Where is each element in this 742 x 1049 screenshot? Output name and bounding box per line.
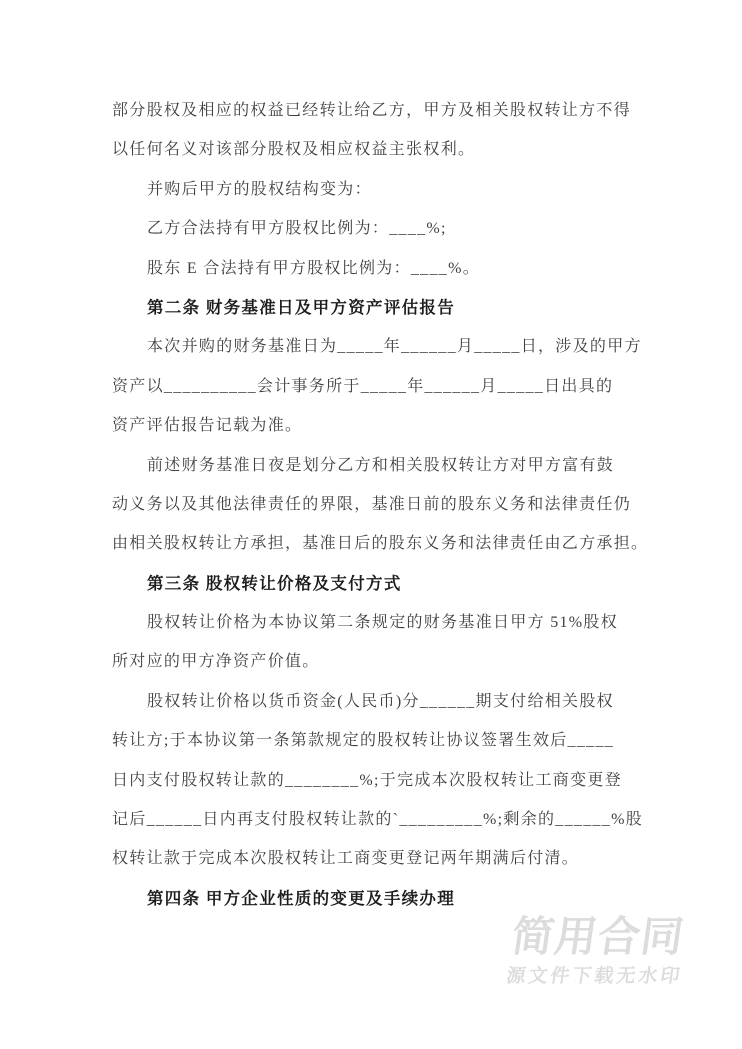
doc-line-blank-field: 日内支付股权转让款的________%;于完成本次股权转让工商变更登 <box>112 761 672 800</box>
doc-line-blank-field: 股权转让价格以货币资金(人民币)分______期支付给相关股权 <box>112 682 672 721</box>
doc-line: 动义务以及其他法律责任的界限，基准日前的股东义务和法律责任仍 <box>112 485 672 524</box>
watermark-subtitle: 源文件下载无水印 <box>505 967 684 986</box>
doc-line: 以任何名义对该部分股权及相应权益主张权利。 <box>112 130 672 169</box>
doc-line: 部分股权及相应的权益已经转让给乙方，甲方及相关股权转让方不得 <box>112 91 672 130</box>
doc-line-blank-field: 股东 E 合法持有甲方股权比例为：____%。 <box>112 249 672 288</box>
doc-line: 由相关股权转让方承担，基准日后的股东义务和法律责任由乙方承担。 <box>112 524 672 563</box>
doc-line-blank-field: 资产以__________会计事务所于_____年______月_____日出具… <box>112 367 672 406</box>
doc-line: 资产评估报告记载为准。 <box>112 406 672 445</box>
watermark-title: 简用合同 <box>509 916 691 958</box>
doc-line: 所对应的甲方净资产价值。 <box>112 642 672 681</box>
site-watermark: 简用合同 源文件下载无水印 <box>505 916 691 986</box>
section-heading-article-3: 第三条 股权转让价格及支付方式 <box>112 564 672 603</box>
section-heading-article-2: 第二条 财务基准日及甲方资产评估报告 <box>112 288 672 327</box>
doc-line-blank-field: 转让方;于本协议第一条第款规定的股权转让协议签署生效后_____ <box>112 721 672 760</box>
doc-line-blank-field: 记后______日内再支付股权转让款的`_________%;剩余的______… <box>112 800 672 839</box>
doc-line: 前述财务基准日夜是划分乙方和相关股权转让方对甲方富有鼓 <box>112 446 672 485</box>
contract-page: 部分股权及相应的权益已经转让给乙方，甲方及相关股权转让方不得 以任何名义对该部分… <box>0 0 742 1049</box>
contract-body: 部分股权及相应的权益已经转让给乙方，甲方及相关股权转让方不得 以任何名义对该部分… <box>112 91 672 918</box>
doc-line-blank-field: 本次并购的财务基准日为_____年______月_____日，涉及的甲方 <box>112 327 672 366</box>
doc-line: 权转让款于完成本次股权转让工商变更登记两年期满后付清。 <box>112 839 672 878</box>
doc-line: 并购后甲方的股权结构变为： <box>112 170 672 209</box>
doc-line-blank-field: 乙方合法持有甲方股权比例为：____%; <box>112 209 672 248</box>
doc-line: 股权转让价格为本协议第二条规定的财务基准日甲方 51%股权 <box>112 603 672 642</box>
